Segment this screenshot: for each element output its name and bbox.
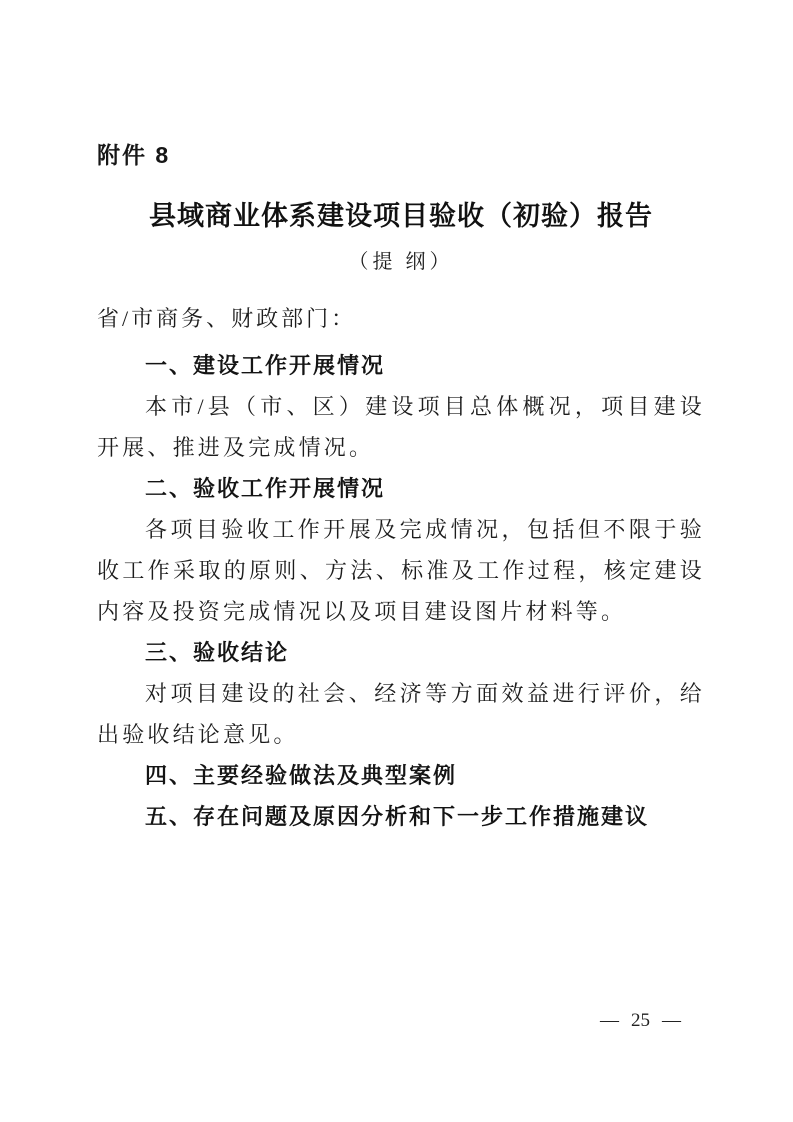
section-heading-1: 一、建设工作开展情况 [97, 345, 705, 386]
section-heading-2: 二、验收工作开展情况 [97, 468, 705, 509]
footer-dash-left: — [598, 1010, 621, 1031]
section-paragraph-3: 对项目建设的社会、经济等方面效益进行评价，给出验收结论意见。 [97, 673, 705, 755]
page-number: 25 [621, 1010, 660, 1031]
section-heading-5: 五、存在问题及原因分析和下一步工作措施建议 [97, 796, 705, 837]
section-paragraph-2: 各项目验收工作开展及完成情况，包括但不限于验收工作采取的原则、方法、标准及工作过… [97, 509, 705, 632]
section-paragraph-1: 本市/县（市、区）建设项目总体概况，项目建设开展、推进及完成情况。 [97, 386, 705, 468]
document-subtitle: （提 纲） [97, 248, 705, 276]
document-title: 县域商业体系建设项目验收（初验）报告 [97, 196, 705, 236]
page-footer: —25— [598, 1008, 683, 1034]
document-content: 附件 8 县域商业体系建设项目验收（初验）报告 （提 纲） 省/市商务、财政部门… [97, 140, 705, 837]
section-heading-4: 四、主要经验做法及典型案例 [97, 755, 705, 796]
attachment-label: 附件 8 [97, 140, 705, 170]
footer-dash-right: — [660, 1010, 683, 1031]
document-page: 附件 8 县域商业体系建设项目验收（初验）报告 （提 纲） 省/市商务、财政部门… [0, 0, 793, 1122]
section-heading-3: 三、验收结论 [97, 632, 705, 673]
document-body: 省/市商务、财政部门： 一、建设工作开展情况 本市/县（市、区）建设项目总体概况… [97, 298, 705, 837]
salutation-line: 省/市商务、财政部门： [97, 298, 705, 339]
